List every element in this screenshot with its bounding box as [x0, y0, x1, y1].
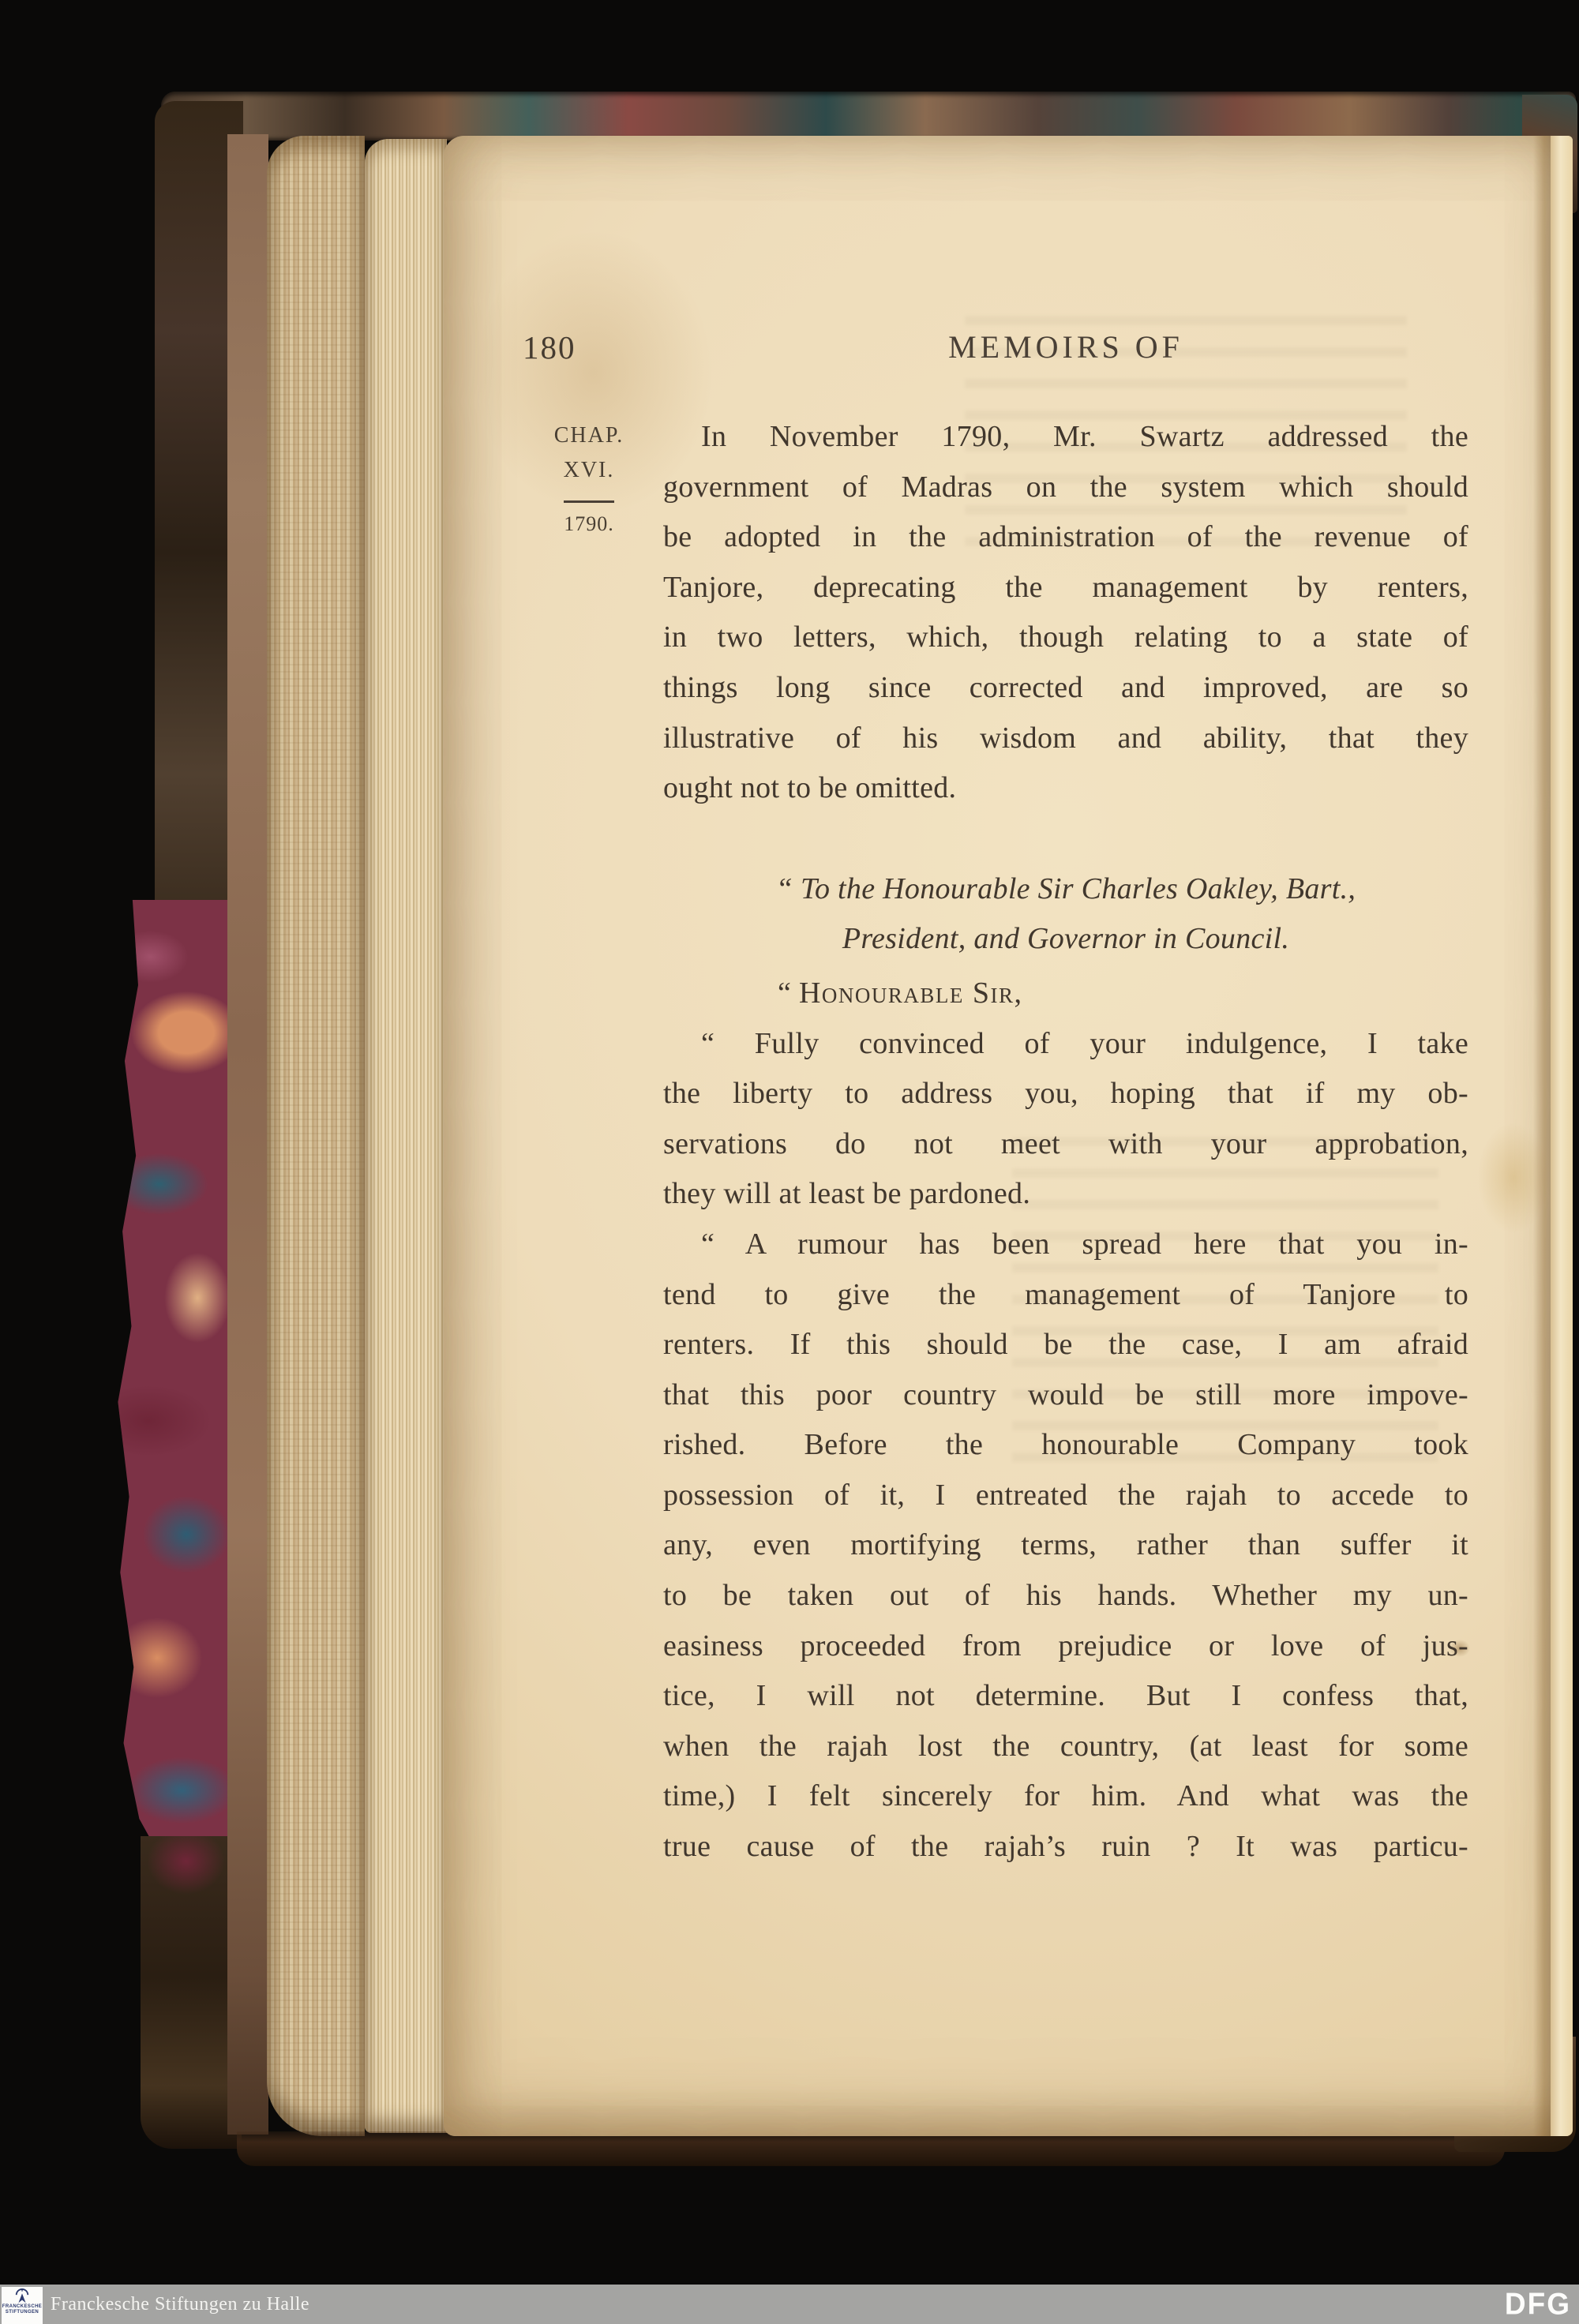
letter-address-line: “ To the Honourable Sir Charles Oakley, … [663, 864, 1468, 915]
text-line: possession of it, I entreated the rajah … [663, 1471, 1468, 1521]
text-line: tice, I will not determine. But I confes… [663, 1671, 1468, 1722]
text-line: any, even mortifying terms, rather than … [663, 1520, 1468, 1571]
text-line: In November 1790, Mr. Swartz addressed t… [663, 412, 1468, 463]
running-title: MEMOIRS OF [663, 328, 1468, 365]
text-line: illustrative of his wisdom and ability, … [663, 714, 1468, 764]
text-column: In November 1790, Mr. Swartz addressed t… [663, 412, 1468, 1872]
book-top-binding-edge [161, 92, 1576, 141]
text-line: rished. Before the honourable Company to… [663, 1420, 1468, 1471]
library-name-label: Franckesche Stiftungen zu Halle [51, 2285, 309, 2324]
scan-background: 180 MEMOIRS OF CHAP. XVI. 1790. In Novem… [0, 0, 1579, 2324]
francke-foundations-emblem-icon [13, 2288, 31, 2304]
text-line: things long since corrected and improved… [663, 663, 1468, 714]
marginalia-year: 1790. [532, 512, 646, 536]
marginalia-rule [564, 500, 614, 503]
dfg-logo: DFG [1505, 2284, 1571, 2324]
chapter-label: CHAP. [532, 418, 646, 453]
text-line: renters. If this should be the case, I a… [663, 1320, 1468, 1370]
text-line: Tanjore, deprecating the management by r… [663, 563, 1468, 613]
letter-salutation: “ Honourable Sir, [778, 969, 1468, 1019]
text-line: they will at least be pardoned. [663, 1169, 1468, 1220]
text-line: “ Fully convinced of your indulgence, I … [663, 1019, 1468, 1070]
book-bottom-edge [237, 2131, 1505, 2166]
text-line: time,) I felt sincerely for him. And wha… [663, 1771, 1468, 1822]
viewer-footer-bar: FRANCKESCHE STIFTUNGEN Franckesche Stift… [0, 2285, 1579, 2324]
page-gutter-shadow [1533, 136, 1551, 2136]
marbled-endpaper-edge [117, 900, 229, 1847]
page-edges-outer [267, 136, 365, 2136]
francke-foundations-logo: FRANCKESCHE STIFTUNGEN [2, 2287, 43, 2324]
text-line: “ A rumour has been spread here that you… [663, 1220, 1468, 1270]
text-line: tend to give the management of Tanjore t… [663, 1270, 1468, 1321]
page-edges-inner [365, 139, 447, 2133]
text-line: servations do not meet with your approba… [663, 1119, 1468, 1170]
book-page: 180 MEMOIRS OF CHAP. XVI. 1790. In Novem… [444, 136, 1573, 2136]
text-line: to be taken out of his hands. Whether my… [663, 1571, 1468, 1621]
text-line: true cause of the rajah’s ruin ? It was … [663, 1822, 1468, 1872]
text-line: when the rajah lost the country, (at lea… [663, 1722, 1468, 1772]
chapter-numeral: XVI. [532, 453, 646, 488]
book-cover-inner-edge [227, 134, 268, 2135]
text-line: ought not to be omitted. [663, 763, 1468, 814]
book-cover-leather-bottom-left [141, 1836, 242, 2149]
facing-page-sliver [1551, 136, 1573, 2136]
text-line: the liberty to address you, hoping that … [663, 1069, 1468, 1119]
text-line: in two letters, which, though relating t… [663, 613, 1468, 663]
text-line: be adopted in the administration of the … [663, 512, 1468, 563]
text-line: government of Madras on the system which… [663, 463, 1468, 513]
chapter-marginalia: CHAP. XVI. 1790. [532, 418, 646, 536]
letter-address-line: President, and Governor in Council. [663, 914, 1468, 965]
page-number: 180 [523, 328, 576, 366]
francke-logo-text-line1: FRANCKESCHE [2, 2304, 42, 2310]
text-line: that this poor country would be still mo… [663, 1370, 1468, 1421]
text-line: easiness proceeded from prejudice or lov… [663, 1621, 1468, 1672]
francke-logo-text-line2: STIFTUNGEN [6, 2310, 39, 2315]
